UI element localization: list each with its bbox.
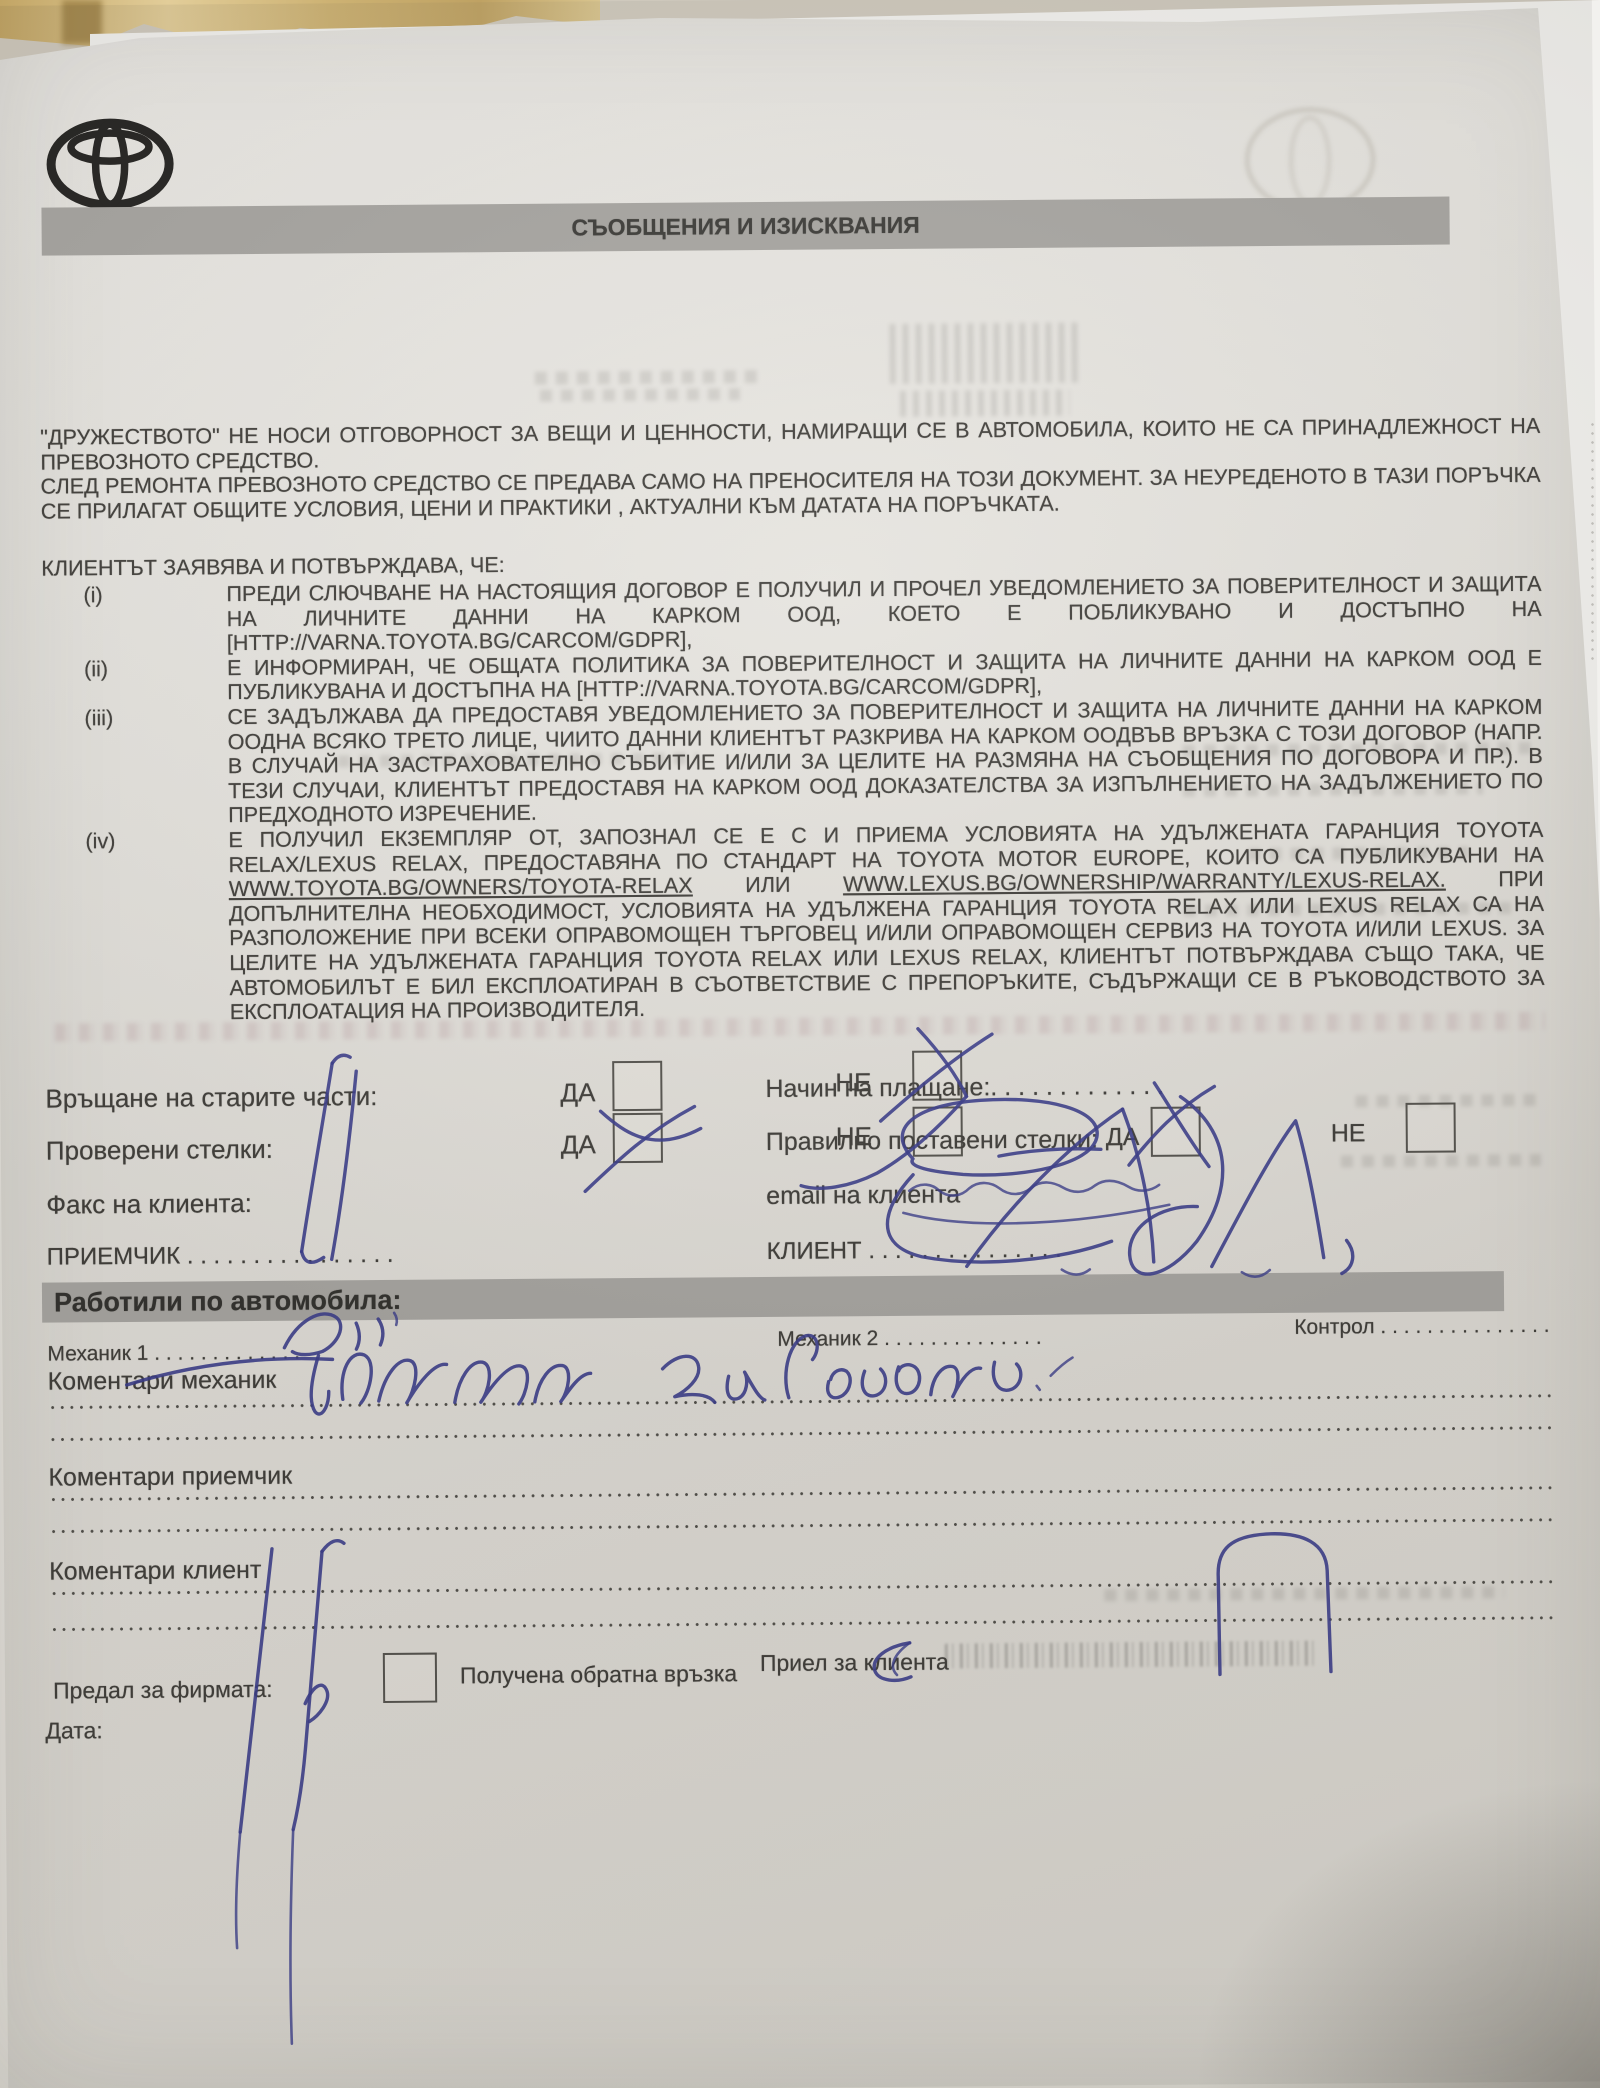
corner-shadow — [1180, 1768, 1600, 2088]
mechanic-comment-handwriting — [311, 1333, 1073, 1414]
client-signature — [886, 1095, 1352, 1279]
client-accept-pen-mark — [874, 1643, 911, 1681]
receiver-signature — [300, 1055, 358, 1262]
checked-mats-yes-x-mark — [585, 1106, 702, 1191]
return-parts-no-x-mark — [800, 1028, 993, 1188]
pen-box-outline — [1218, 1533, 1331, 1674]
email-handwriting — [903, 1180, 1169, 1224]
company-signature — [233, 1541, 348, 2045]
mechanic1-signature — [126, 1313, 397, 1385]
photo-of-document: СЪОБЩЕНИЯ И ИЗИСКВАНИЯ "ДРУЖЕСТВОТО" НЕ … — [0, 0, 1600, 2088]
